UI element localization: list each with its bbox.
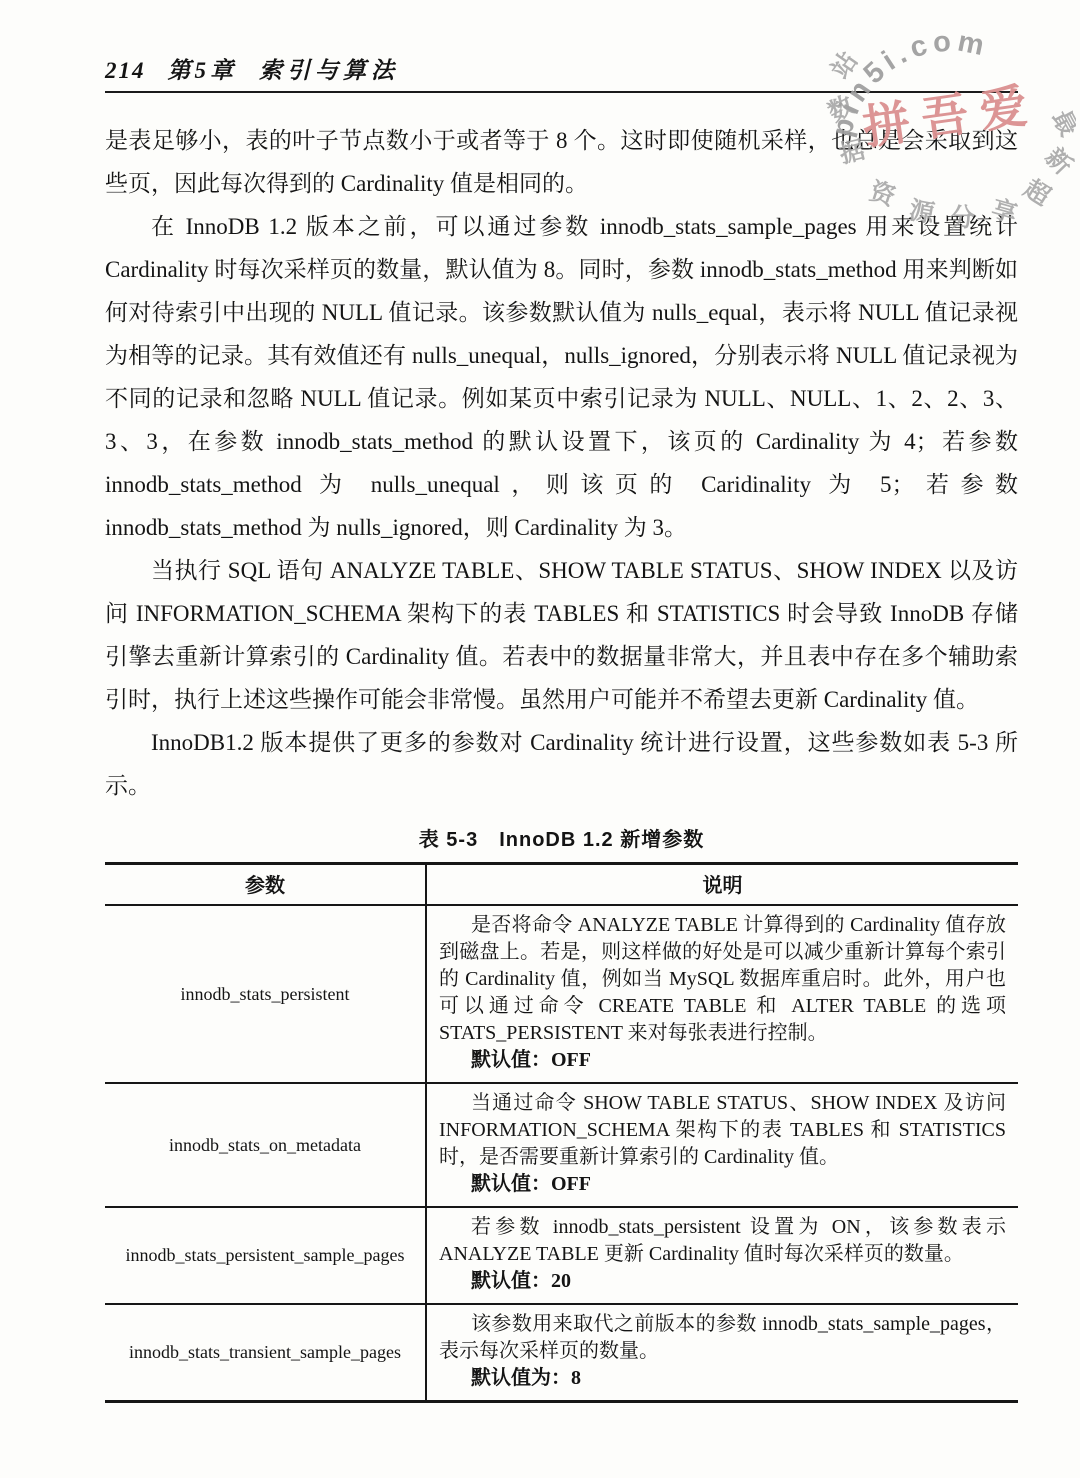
parameters-table: 参数 说明 innodb_stats_persistent 是否将命令 ANAL… [105,862,1018,1403]
param-default-value: 默认值为：8 [439,1365,1006,1392]
table-row: innodb_stats_on_metadata 当通过命令 SHOW TABL… [105,1083,1018,1207]
paragraph: 当执行 SQL 语句 ANALYZE TABLE、SHOW TABLE STAT… [105,549,1018,721]
paragraph: 在 InnoDB 1.2 版本之前，可以通过参数 innodb_stats_sa… [105,205,1018,549]
paragraph: InnoDB1.2 版本提供了更多的参数对 Cardinality 统计进行设置… [105,721,1018,807]
param-desc-cell: 若参数 innodb_stats_persistent 设置为 ON，该参数表示… [426,1207,1018,1304]
param-description: 当通过命令 SHOW TABLE STATUS、SHOW INDEX 及访问 I… [439,1090,1006,1171]
param-description: 若参数 innodb_stats_persistent 设置为 ON，该参数表示… [439,1214,1006,1268]
table-row: innodb_stats_persistent 是否将命令 ANALYZE TA… [105,905,1018,1083]
table-caption: 表 5-3 InnoDB 1.2 新增参数 [105,823,1018,852]
table-header-row: 参数 说明 [105,864,1018,906]
body-text: 是表足够小，表的叶子节点数小于或者等于 8 个。这时即使随机采样，也总是会采取到… [105,119,1018,807]
param-name-cell: innodb_stats_transient_sample_pages [105,1304,426,1402]
watermark-ring-char: 超 [1019,173,1056,211]
param-desc-cell: 该参数用来取代之前版本的参数 innodb_stats_sample_pages… [426,1304,1018,1402]
param-default-value: 默认值：20 [439,1268,1006,1295]
watermark-ring-char: 最 [1047,106,1076,141]
param-description: 是否将命令 ANALYZE TABLE 计算得到的 Cardinality 值存… [439,912,1006,1047]
watermark-ring-char: 新 [1040,142,1076,180]
param-name-cell: innodb_stats_persistent [105,905,426,1083]
param-desc-cell: 当通过命令 SHOW TABLE STATUS、SHOW INDEX 及访问 I… [426,1083,1018,1207]
page-number: 214 [105,58,146,84]
table-row: innodb_stats_persistent_sample_pages 若参数… [105,1207,1018,1304]
running-head: 214 第5章 索引与算法 [105,52,1018,93]
param-default-value: 默认值：OFF [439,1171,1006,1198]
page-content: 214 第5章 索引与算法 是表足够小，表的叶子节点数小于或者等于 8 个。这时… [105,0,1018,1403]
table-row: innodb_stats_transient_sample_pages 该参数用… [105,1304,1018,1402]
chapter-label: 第5章 [168,52,238,85]
param-default-value: 默认值：OFF [439,1047,1006,1074]
param-desc-cell: 是否将命令 ANALYZE TABLE 计算得到的 Cardinality 值存… [426,905,1018,1083]
chapter-title: 索引与算法 [259,52,399,85]
book-page: pin5i.com 站 数 据 资 源 分 享 超 新 最 拼吾爱 214 第5… [0,0,1080,1478]
param-name-cell: innodb_stats_on_metadata [105,1083,426,1207]
param-name-cell: innodb_stats_persistent_sample_pages [105,1207,426,1304]
column-header-param: 参数 [105,864,426,906]
paragraph: 是表足够小，表的叶子节点数小于或者等于 8 个。这时即使随机采样，也总是会采取到… [105,119,1018,205]
param-description: 该参数用来取代之前版本的参数 innodb_stats_sample_pages… [439,1311,1006,1365]
column-header-desc: 说明 [426,864,1018,906]
